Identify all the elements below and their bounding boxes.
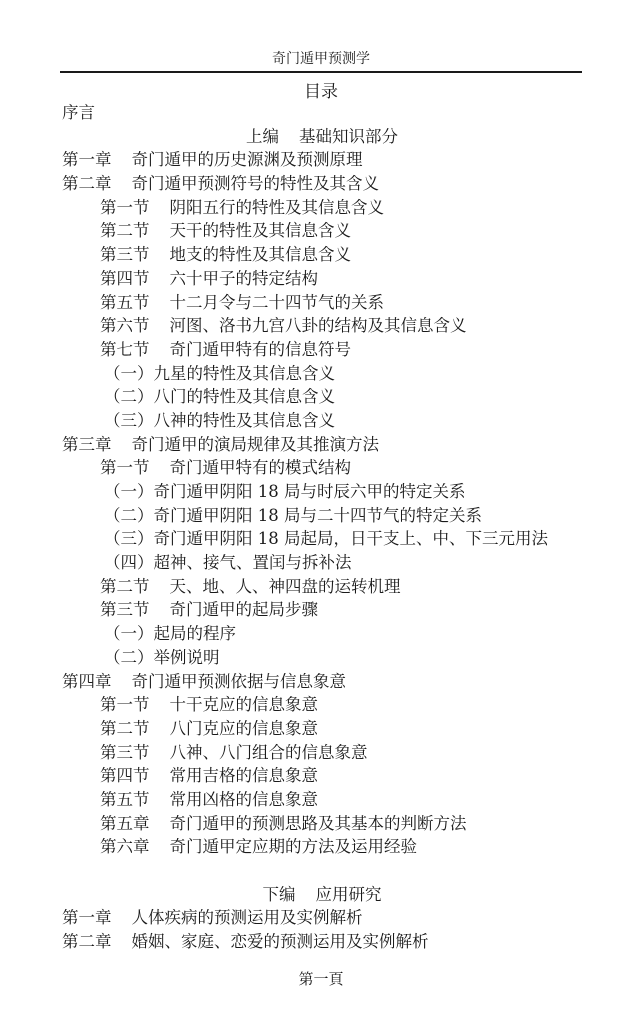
- toc-section: 第七节奇门遁甲特有的信息符号: [62, 338, 622, 362]
- chapter-number: 第一章: [62, 906, 112, 930]
- section-title: 地支的特性及其信息含义: [170, 245, 352, 264]
- section-number: 第四节: [100, 267, 150, 291]
- section-number: 第一节: [100, 196, 150, 220]
- toc-section: 第三节地支的特性及其信息含义: [62, 243, 622, 267]
- toc-section: 第一节奇门遁甲特有的模式结构: [62, 456, 622, 480]
- toc-section: 第六节河图、洛书九宫八卦的结构及其信息含义: [62, 314, 622, 338]
- section-number: 第三节: [100, 598, 150, 622]
- toc-chapter: 第一章人体疾病的预测运用及实例解析: [62, 906, 622, 930]
- chapter-title: 婚姻、家庭、恋爱的预测运用及实例解析: [132, 932, 429, 951]
- toc-part-heading: 下编应用研究: [62, 883, 582, 907]
- item-number: （一）: [104, 622, 154, 646]
- table-of-contents: 序言上编基础知识部分第一章奇门遁甲的历史源渊及预测原理第二章奇门遁甲预测符号的特…: [62, 101, 622, 954]
- item-number: （二）: [104, 385, 154, 409]
- section-number: 第五章: [100, 812, 150, 836]
- item-title: 九星的特性及其信息含义: [154, 364, 336, 383]
- toc-part-heading: 上编基础知识部分: [62, 125, 582, 149]
- chapter-title: 人体疾病的预测运用及实例解析: [132, 908, 363, 927]
- section-title: 奇门遁甲特有的模式结构: [170, 458, 352, 477]
- toc-section: 第四节常用吉格的信息象意: [62, 764, 622, 788]
- toc-item: （二）举例说明: [62, 646, 622, 670]
- section-title: 河图、洛书九宫八卦的结构及其信息含义: [170, 316, 467, 335]
- section-number: 第三节: [100, 741, 150, 765]
- item-title: 超神、接气、置闰与拆补法: [154, 553, 352, 572]
- section-number: 第六节: [100, 314, 150, 338]
- toc-item: （四）超神、接气、置闰与拆补法: [62, 551, 622, 575]
- section-title: 天干的特性及其信息含义: [170, 221, 352, 240]
- toc-section: 第五节十二月令与二十四节气的关系: [62, 291, 622, 315]
- toc-chapter: 第二章奇门遁甲预测符号的特性及其含义: [62, 172, 622, 196]
- toc-item: （一）起局的程序: [62, 622, 622, 646]
- chapter-number: 第一章: [62, 148, 112, 172]
- item-title: 八门的特性及其信息含义: [154, 387, 336, 406]
- item-title: 奇门遁甲阴阳 18 局与时辰六甲的特定关系: [154, 482, 466, 501]
- toc-item: （三）奇门遁甲阴阳 18 局起局，日干支上、中、下三元用法: [62, 527, 622, 551]
- toc-section: 第五节常用凶格的信息象意: [62, 788, 622, 812]
- toc-chapter: 第三章奇门遁甲的演局规律及其推演方法: [62, 433, 622, 457]
- section-number: 第三节: [100, 243, 150, 267]
- section-number: 第六章: [100, 835, 150, 859]
- section-number: 第一节: [100, 456, 150, 480]
- page-number: 第一頁: [60, 968, 582, 989]
- item-number: （三）: [104, 527, 154, 551]
- section-title: 六十甲子的特定结构: [170, 269, 319, 288]
- item-number: （四）: [104, 551, 154, 575]
- item-title: 奇门遁甲阴阳 18 局与二十四节气的特定关系: [154, 506, 483, 525]
- item-number: （一）: [104, 362, 154, 386]
- toc-section: 第三节八神、八门组合的信息象意: [62, 741, 622, 765]
- spacer: [62, 859, 622, 883]
- toc-item: （三）八神的特性及其信息含义: [62, 409, 622, 433]
- item-title: 八神的特性及其信息含义: [154, 411, 336, 430]
- section-title: 常用凶格的信息象意: [170, 790, 319, 809]
- section-number: 第一节: [100, 693, 150, 717]
- section-title: 阴阳五行的特性及其信息含义: [170, 198, 385, 217]
- section-number: 第二节: [100, 219, 150, 243]
- section-title: 常用吉格的信息象意: [170, 766, 319, 785]
- section-number: 第五节: [100, 788, 150, 812]
- toc-section: 第四节六十甲子的特定结构: [62, 267, 622, 291]
- chapter-title: 奇门遁甲预测依据与信息象意: [132, 672, 347, 691]
- chapter-title: 奇门遁甲预测符号的特性及其含义: [132, 174, 380, 193]
- running-header: 奇门遁甲预测学: [60, 48, 582, 68]
- section-title: 十二月令与二十四节气的关系: [170, 293, 385, 312]
- section-number: 第二节: [100, 575, 150, 599]
- chapter-number: 第四章: [62, 670, 112, 694]
- toc-section: 第六章奇门遁甲定应期的方法及运用经验: [62, 835, 622, 859]
- toc-item: （二）奇门遁甲阴阳 18 局与二十四节气的特定关系: [62, 504, 622, 528]
- toc-section: 第五章奇门遁甲的预测思路及其基本的判断方法: [62, 812, 622, 836]
- chapter-number: 第二章: [62, 172, 112, 196]
- item-title: 奇门遁甲阴阳 18 局起局，日干支上、中、下三元用法: [154, 529, 549, 548]
- toc-chapter: 第四章奇门遁甲预测依据与信息象意: [62, 670, 622, 694]
- part-title: 应用研究: [316, 885, 382, 904]
- toc-section: 第二节天干的特性及其信息含义: [62, 219, 622, 243]
- chapter-title: 奇门遁甲的演局规律及其推演方法: [132, 435, 380, 454]
- section-title: 十干克应的信息象意: [170, 695, 319, 714]
- part-label: 下编: [263, 883, 296, 907]
- chapter-number: 第三章: [62, 433, 112, 457]
- document-page: 奇门遁甲预测学 目录 序言上编基础知识部分第一章奇门遁甲的历史源渊及预测原理第二…: [0, 0, 643, 1024]
- header-rule: [60, 71, 582, 73]
- toc-title: 目录: [60, 77, 582, 102]
- section-number: 第五节: [100, 291, 150, 315]
- section-title: 八神、八门组合的信息象意: [170, 743, 368, 762]
- toc-section: 第一节十干克应的信息象意: [62, 693, 622, 717]
- section-title: 奇门遁甲特有的信息符号: [170, 340, 352, 359]
- toc-entry-preface: 序言: [62, 101, 622, 125]
- item-number: （二）: [104, 504, 154, 528]
- toc-chapter: 第一章奇门遁甲的历史源渊及预测原理: [62, 148, 622, 172]
- section-title: 天、地、人、神四盘的运转机理: [170, 577, 401, 596]
- chapter-number: 第二章: [62, 930, 112, 954]
- toc-chapter: 第二章婚姻、家庭、恋爱的预测运用及实例解析: [62, 930, 622, 954]
- section-number: 第四节: [100, 764, 150, 788]
- toc-item: （二）八门的特性及其信息含义: [62, 385, 622, 409]
- section-title: 奇门遁甲的起局步骤: [170, 600, 319, 619]
- item-title: 举例说明: [154, 648, 220, 667]
- part-label: 上编: [246, 125, 279, 149]
- section-title: 奇门遁甲定应期的方法及运用经验: [170, 837, 418, 856]
- toc-section: 第二节天、地、人、神四盘的运转机理: [62, 575, 622, 599]
- toc-section: 第二节八门克应的信息象意: [62, 717, 622, 741]
- toc-section: 第一节阴阳五行的特性及其信息含义: [62, 196, 622, 220]
- section-title: 奇门遁甲的预测思路及其基本的判断方法: [170, 814, 467, 833]
- part-title: 基础知识部分: [299, 127, 398, 146]
- item-number: （二）: [104, 646, 154, 670]
- item-number: （一）: [104, 480, 154, 504]
- item-number: （三）: [104, 409, 154, 433]
- toc-section: 第三节奇门遁甲的起局步骤: [62, 598, 622, 622]
- chapter-title: 奇门遁甲的历史源渊及预测原理: [132, 150, 363, 169]
- item-title: 起局的程序: [154, 624, 237, 643]
- toc-item: （一）奇门遁甲阴阳 18 局与时辰六甲的特定关系: [62, 480, 622, 504]
- section-number: 第七节: [100, 338, 150, 362]
- toc-item: （一）九星的特性及其信息含义: [62, 362, 622, 386]
- section-title: 八门克应的信息象意: [170, 719, 319, 738]
- section-number: 第二节: [100, 717, 150, 741]
